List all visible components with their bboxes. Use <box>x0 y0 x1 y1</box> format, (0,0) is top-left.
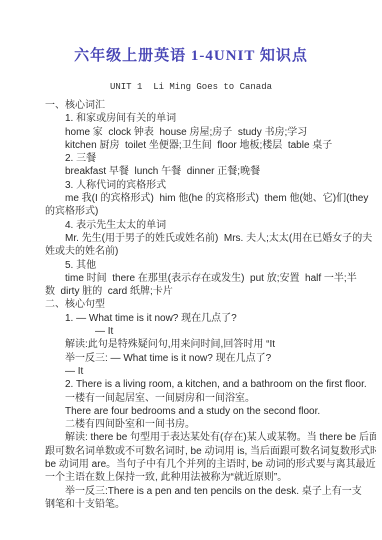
text-line: be 动词用 are。当句子中有几个并列的主语时, be 动词的形式要与离其最近… <box>45 458 376 471</box>
text-line: — It <box>45 365 376 378</box>
text-line: — It <box>45 325 376 338</box>
text-line: 解读: there be 句型用于表达某处有(存在)某人或某物。当 there … <box>45 431 376 444</box>
text-line: 举一反三: — What time is it now? 现在几点了? <box>45 352 376 365</box>
text-line: 数 dirty 脏的 card 纸牌;卡片 <box>45 285 376 298</box>
text-line: Mr. 先生(用于男子的姓氏或姓名前) Mrs. 夫人;太太(用在已婚女子的夫 <box>45 232 376 245</box>
text-line: 姓或夫的姓名前) <box>45 245 376 258</box>
text-line: breakfast 早餐 lunch 午餐 dinner 正餐;晚餐 <box>45 165 376 178</box>
text-line: home 家 clock 钟表 house 房屋;房子 study 书房;学习 <box>45 126 376 139</box>
text-line: 钢笔和十支铅笔。 <box>45 498 376 511</box>
text-line: 2. There is a living room, a kitchen, an… <box>45 378 376 391</box>
text-line: me 我(I 的宾格形式) him 他(he 的宾格形式) them 他(她、它… <box>45 192 376 205</box>
text-line: 4. 表示先生太太的单词 <box>45 219 376 232</box>
text-line: 跟可数名词单数或不可数名词时, be 动词用 is, 当后面跟可数名词复数形式时… <box>45 445 376 458</box>
text-line: 的宾格形式) <box>45 205 376 218</box>
text-line: 二、核心句型 <box>45 298 376 311</box>
text-line: 举一反三:There is a pen and ten pencils on t… <box>45 485 376 498</box>
document-title: 六年级上册英语 1-4UNIT 知识点 <box>0 44 382 65</box>
text-line: 1. 和家或房间有关的单词 <box>45 112 376 125</box>
text-line: 一个主语在数上保持一致, 此种用法被称为“就近原则”。 <box>45 471 376 484</box>
document-body: 一、核心词汇1. 和家或房间有关的单词home 家 clock 钟表 house… <box>0 99 382 511</box>
text-line: There are four bedrooms and a study on t… <box>45 405 376 418</box>
text-line: 5. 其他 <box>45 259 376 272</box>
document-page: 六年级上册英语 1-4UNIT 知识点 UNIT 1 Li Ming Goes … <box>0 0 382 540</box>
text-line: 解读:此句是特殊疑问句,用来问时间,回答时用 “It <box>45 338 376 351</box>
text-line: kitchen 厨房 toilet 坐便器;卫生间 floor 地板;楼层 ta… <box>45 139 376 152</box>
text-line: 2. 三餐 <box>45 152 376 165</box>
text-line: time 时间 there 在那里(表示存在或发生) put 放;安置 half… <box>45 272 376 285</box>
text-line: 一、核心词汇 <box>45 99 376 112</box>
unit-subtitle: UNIT 1 Li Ming Goes to Canada <box>0 82 382 92</box>
text-line: 3. 人称代词的宾格形式 <box>45 179 376 192</box>
text-line: 二楼有四间卧室和一间书房。 <box>45 418 376 431</box>
text-line: 一楼有一间起居室、一间厨房和一间浴室。 <box>45 392 376 405</box>
text-line: 1. — What time is it now? 现在几点了? <box>45 312 376 325</box>
